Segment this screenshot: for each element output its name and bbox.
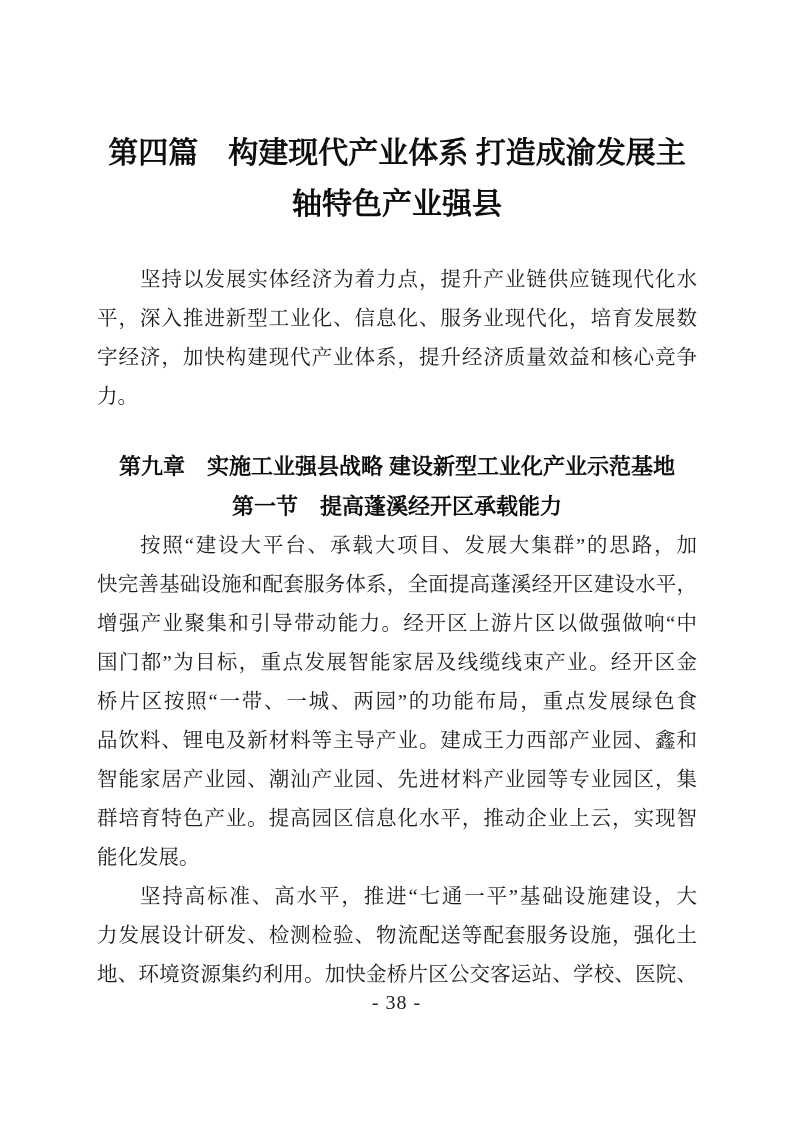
text-line: 坚持高标准、高水平，推进“七通一平”基础设施建设，大 [97,878,697,917]
text-line: 群培育特色产业。提高园区信息化水平，推动企业上云，实现智 [97,800,697,839]
text-line: 字经济，加快构建现代产业体系，提升经济质量效益和核心竞争 [97,339,697,378]
text-line: 能化发展。 [97,839,697,878]
section-heading: 第一节 提高蓬溪经开区承载能力 [97,487,697,527]
text-line: 按照“建设大平台、承载大项目、发展大集群”的思路，加 [97,527,697,566]
platform-paragraph: 按照“建设大平台、承载大项目、发展大集群”的思路，加 快完善基础设施和配套服务体… [97,527,697,878]
document-page: 第四篇 构建现代产业体系 打造成渝发展主 轴特色产业强县 坚持以发展实体经济为着… [0,0,793,1122]
page-number: - 38 - [0,991,793,1015]
part-title-line-2: 轴特色产业强县 [292,188,502,221]
chapter-heading: 第九章 实施工业强县战略 建设新型工业化产业示范基地 [97,447,697,487]
intro-paragraph: 坚持以发展实体经济为着力点，提升产业链供应链现代化水 平，深入推进新型工业化、信… [97,261,697,417]
infrastructure-paragraph: 坚持高标准、高水平，推进“七通一平”基础设施建设，大 力发展设计研发、检测检验、… [97,878,697,995]
text-line: 平，深入推进新型工业化、信息化、服务业现代化，培育发展数 [97,300,697,339]
part-title-line-1: 第四篇 构建现代产业体系 打造成渝发展主 [108,137,686,170]
text-line: 增强产业聚集和引导带动能力。经开区上游片区以做强做响“中 [97,605,697,644]
text-line: 品饮料、锂电及新材料等主导产业。建成王力西部产业园、鑫和 [97,722,697,761]
text-line: 坚持以发展实体经济为着力点，提升产业链供应链现代化水 [97,261,697,300]
text-line: 国门都”为目标，重点发展智能家居及线缆线束产业。经开区金 [97,644,697,683]
page-content: 第四篇 构建现代产业体系 打造成渝发展主 轴特色产业强县 坚持以发展实体经济为着… [97,0,697,995]
text-line: 桥片区按照“一带、一城、两园”的功能布局，重点发展绿色食 [97,683,697,722]
text-line: 力发展设计研发、检测检验、物流配送等配套服务设施，强化土 [97,917,697,956]
part-title: 第四篇 构建现代产业体系 打造成渝发展主 轴特色产业强县 [97,128,697,230]
text-line: 智能家居产业园、潮汕产业园、先进材料产业园等专业园区，集 [97,761,697,800]
text-line: 地、环境资源集约利用。加快金桥片区公交客运站、学校、医院、 [97,956,697,995]
text-line: 快完善基础设施和配套服务体系，全面提高蓬溪经开区建设水平， [97,566,697,605]
text-line: 力。 [97,378,697,417]
